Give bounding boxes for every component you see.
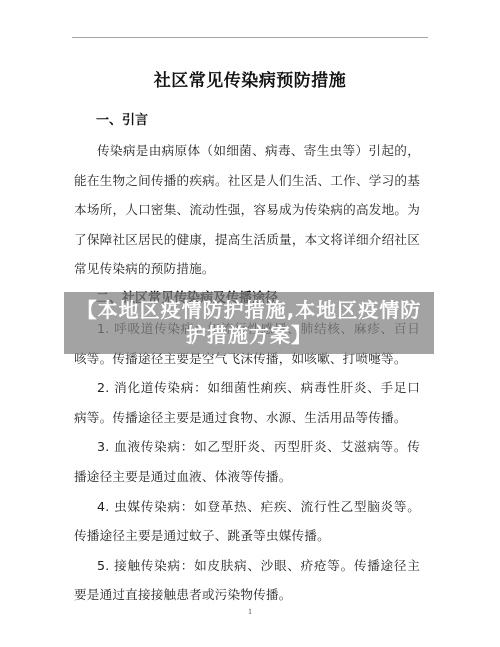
disease-item-digestive: 2. 消化道传染病：如细菌性痢疾、病毒性肝炎、手足口病等。传播途径主要是通过食物… — [74, 373, 420, 432]
disease-item-vector: 4. 虫媒传染病：如登革热、疟疾、流行性乙型脑炎等。传播途径主要是通过蚊子、跳蚤… — [74, 492, 420, 551]
header-rule — [72, 37, 428, 38]
document-body: 一、引言 传染病是由病原体（如细菌、病毒、寄生虫等）引起的，能在生物之间传播的疾… — [74, 106, 420, 610]
intro-paragraph: 传染病是由病原体（如细菌、病毒、寄生虫等）引起的，能在生物之间传播的疾病。社区是… — [74, 136, 420, 284]
disease-item-blood: 3. 血液传染病：如乙型肝炎、丙型肝炎、艾滋病等。传播途径主要是通过血液、体液等… — [74, 432, 420, 491]
title-overlay-banner: 【本地区疫情防护措施,本地区疫情防护措施方案】 — [64, 292, 434, 354]
page-number: 1 — [0, 607, 500, 616]
document-title: 社区常见传染病预防措施 — [0, 66, 500, 91]
banner-text: 【本地区疫情防护措施,本地区疫情防护措施方案】 — [69, 298, 429, 348]
section-heading-intro: 一、引言 — [74, 106, 420, 136]
disease-item-contact: 5. 接触传染病：如皮肤病、沙眼、疥疮等。传播途径主要是通过直接接触患者或污染物… — [74, 551, 420, 610]
